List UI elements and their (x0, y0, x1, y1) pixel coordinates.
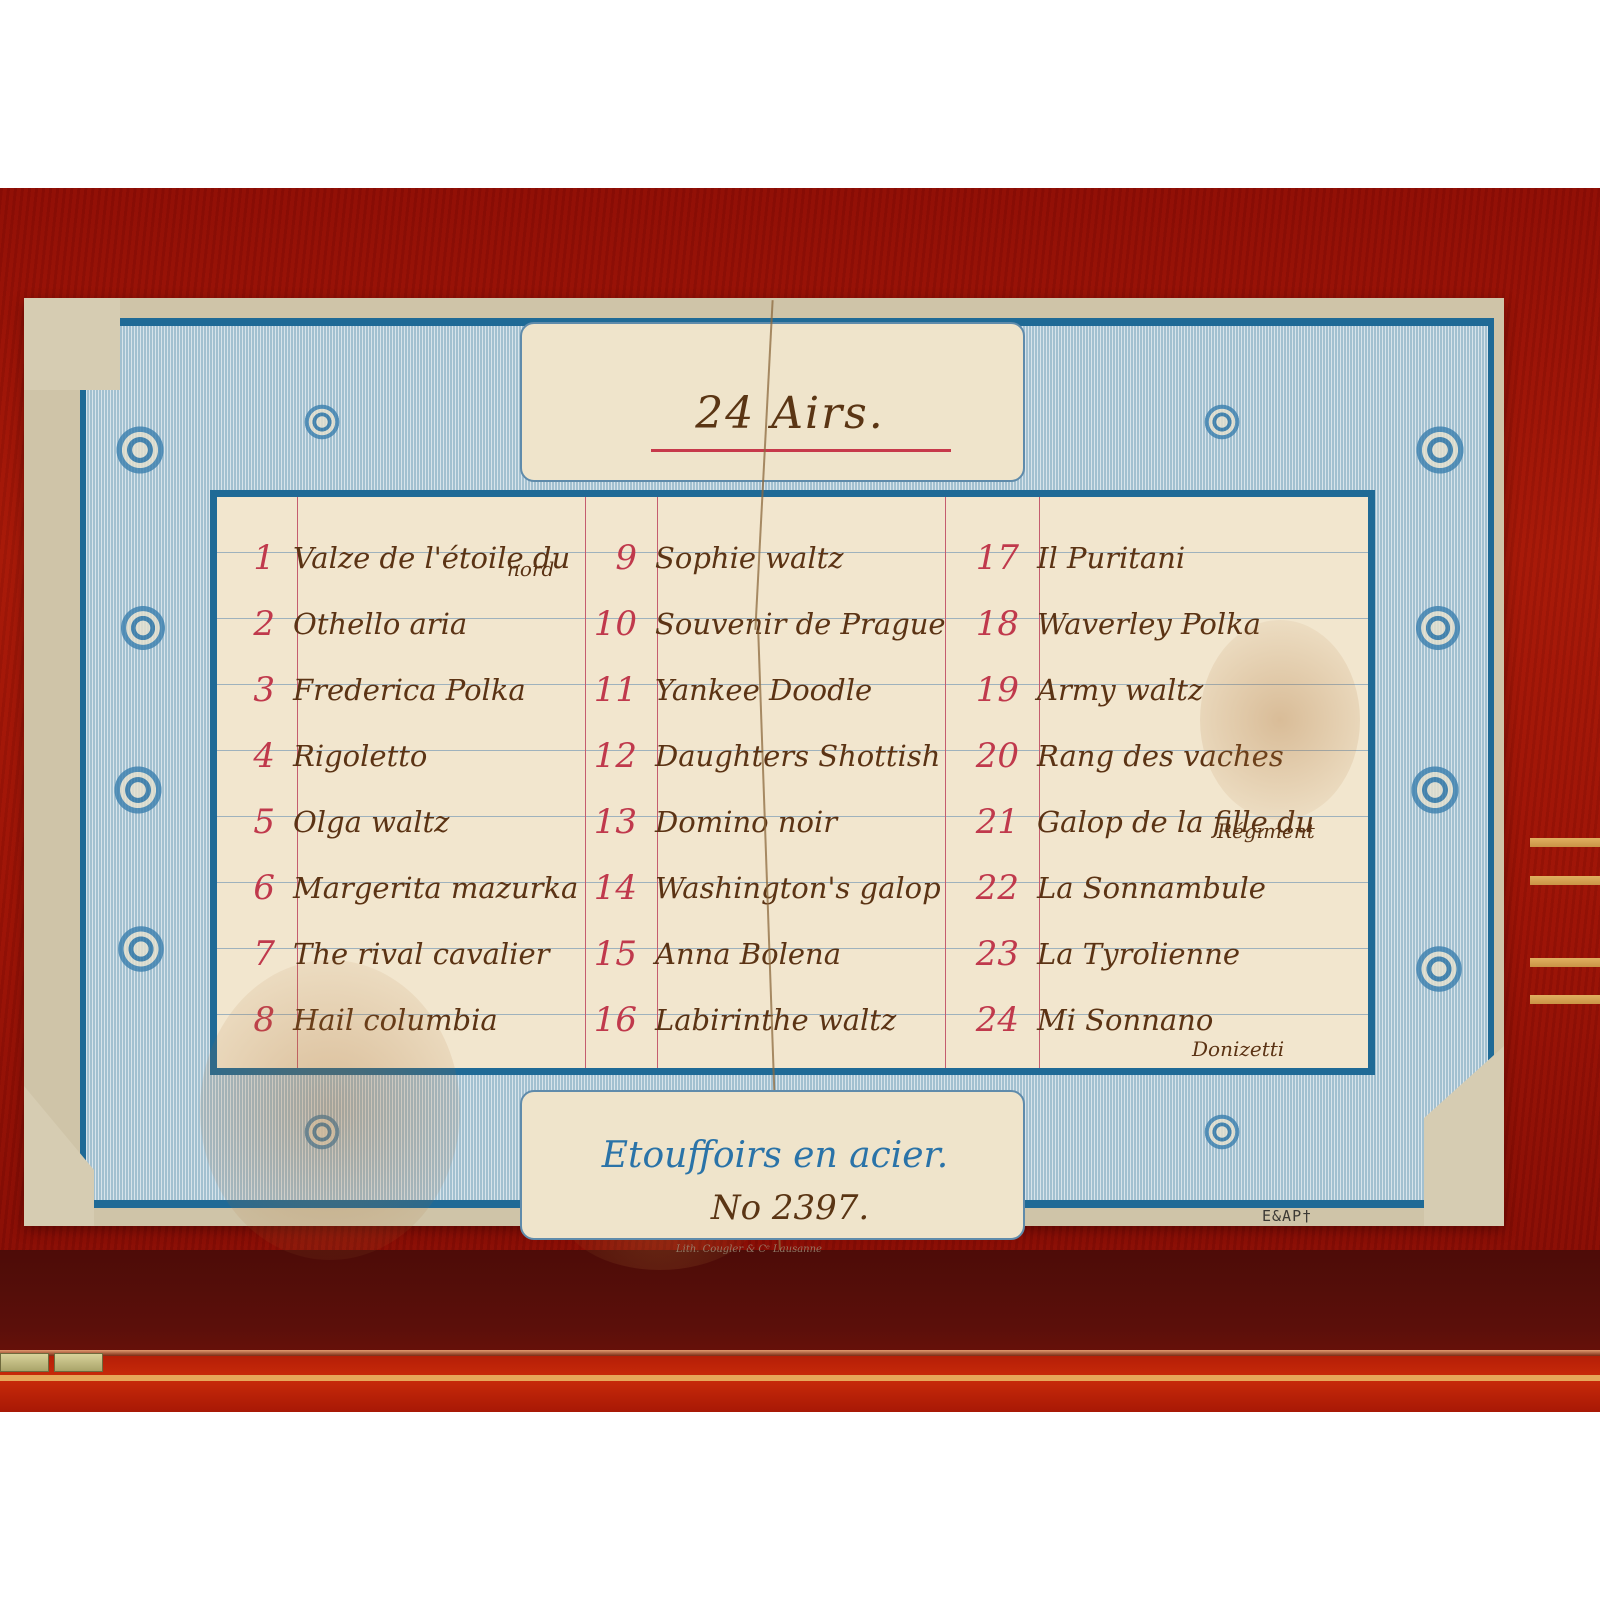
tune-title: La Sonnambule (1029, 865, 1266, 911)
rose-ornament-icon (300, 400, 344, 444)
tune-row: 2Othello aria (217, 581, 578, 647)
tune-number: 1 (217, 535, 285, 581)
tune-number: 23 (961, 931, 1029, 977)
tune-number: 20 (961, 733, 1029, 779)
rose-ornament-icon (108, 760, 168, 820)
tune-row: 16Labirinthe waltz (579, 977, 946, 1043)
tune-row: 3Frederica Polka (217, 647, 578, 713)
tune-number: 12 (579, 733, 647, 779)
tune-row: 15Anna Bolena (579, 911, 946, 977)
tune-row: 7The rival cavalier (217, 911, 578, 977)
water-stain (200, 960, 460, 1260)
tune-title: La Tyrolienne (1029, 931, 1240, 977)
tune-title: Army waltz (1029, 667, 1203, 713)
tune-number: 3 (217, 667, 285, 713)
tune-row: 6Margerita mazurka (217, 845, 578, 911)
water-stain (1200, 620, 1360, 820)
tune-row: 23La Tyrolienne (961, 911, 1314, 977)
tune-title: Rigoletto (285, 733, 427, 779)
tune-number: 6 (217, 865, 285, 911)
tune-number: 19 (961, 667, 1029, 713)
tune-row: 14Washington's galop (579, 845, 946, 911)
rose-ornament-icon (1410, 600, 1466, 656)
tune-title: Olga waltz (285, 799, 449, 845)
tune-number: 4 (217, 733, 285, 779)
card-subtitle: Etouffoirs en acier. (540, 1135, 1010, 1176)
rose-ornament-icon (112, 920, 170, 978)
tune-number: 7 (217, 931, 285, 977)
tune-number: 21 (961, 799, 1029, 845)
tune-number: 13 (579, 799, 647, 845)
tune-number: 18 (961, 601, 1029, 647)
tune-title: Souvenir de Prague (647, 601, 946, 647)
printer-imprint: Lith. Cougler & Cᵉ Lausanne (676, 1244, 822, 1255)
tune-row: 24Mi Sonnano (961, 977, 1314, 1043)
tune-annotation: nord (507, 557, 554, 581)
rose-ornament-icon (110, 420, 170, 480)
tune-number: 11 (579, 667, 647, 713)
printer-mark: E&AP† (1262, 1207, 1312, 1225)
tune-title: Othello aria (285, 601, 467, 647)
tune-title: Washington's galop (647, 865, 941, 911)
rose-ornament-icon (1200, 400, 1244, 444)
box-ledge (0, 1250, 1600, 1360)
rose-ornament-icon (1410, 940, 1468, 998)
serial-number: No 2397. (650, 1188, 930, 1228)
tune-annotation: Régiment (1217, 819, 1315, 843)
tune-title: Sophie waltz (647, 535, 844, 581)
tune-column-1: 1Valze de l'étoile du 2Othello aria 3Fre… (217, 515, 578, 1043)
tune-number: 2 (217, 601, 285, 647)
wood-inlay-stripe (1530, 958, 1600, 967)
tune-title: Mi Sonnano (1029, 997, 1213, 1043)
wood-inlay-stripe (1530, 838, 1600, 847)
title-underline (651, 449, 951, 452)
tune-title: Waverley Polka (1029, 601, 1261, 647)
tune-row: 10Souvenir de Prague (579, 581, 946, 647)
wood-inlay-stripe (1530, 876, 1600, 885)
rose-ornament-icon (1405, 760, 1465, 820)
tune-title: Daughters Shottish (647, 733, 940, 779)
tune-row: 4Rigoletto (217, 713, 578, 779)
wood-inlay-stripe (0, 1375, 1600, 1381)
tune-number: 15 (579, 931, 647, 977)
rose-ornament-icon (1410, 420, 1470, 480)
tune-number: 17 (961, 535, 1029, 581)
tune-title: Margerita mazurka (285, 865, 578, 911)
tune-title: Domino noir (647, 799, 837, 845)
hinge-icon (0, 1353, 49, 1372)
tune-number: 5 (217, 799, 285, 845)
wood-inlay-stripe (1530, 995, 1600, 1004)
rose-ornament-icon (1200, 1110, 1244, 1154)
tune-title: Il Puritani (1029, 535, 1185, 581)
tune-row: 9Sophie waltz (579, 515, 946, 581)
rose-ornament-icon (115, 600, 171, 656)
tune-number: 16 (579, 997, 647, 1043)
tune-number: 24 (961, 997, 1029, 1043)
tune-number: 9 (579, 535, 647, 581)
tune-title: Frederica Polka (285, 667, 526, 713)
tune-number: 22 (961, 865, 1029, 911)
tune-title: Anna Bolena (647, 931, 841, 977)
hinge-icon (54, 1353, 103, 1372)
tune-row: 11Yankee Doodle (579, 647, 946, 713)
tune-number: 14 (579, 865, 647, 911)
tune-number: 10 (579, 601, 647, 647)
card-title: 24 Airs. (620, 388, 960, 439)
tune-row: 17Il Puritani (961, 515, 1314, 581)
torn-corner (24, 298, 120, 390)
box-lower-rail (0, 1356, 1600, 1412)
tune-row: 22La Sonnambule (961, 845, 1314, 911)
tune-row: 5Olga waltz (217, 779, 578, 845)
tune-annotation: Donizetti (1192, 1037, 1284, 1061)
